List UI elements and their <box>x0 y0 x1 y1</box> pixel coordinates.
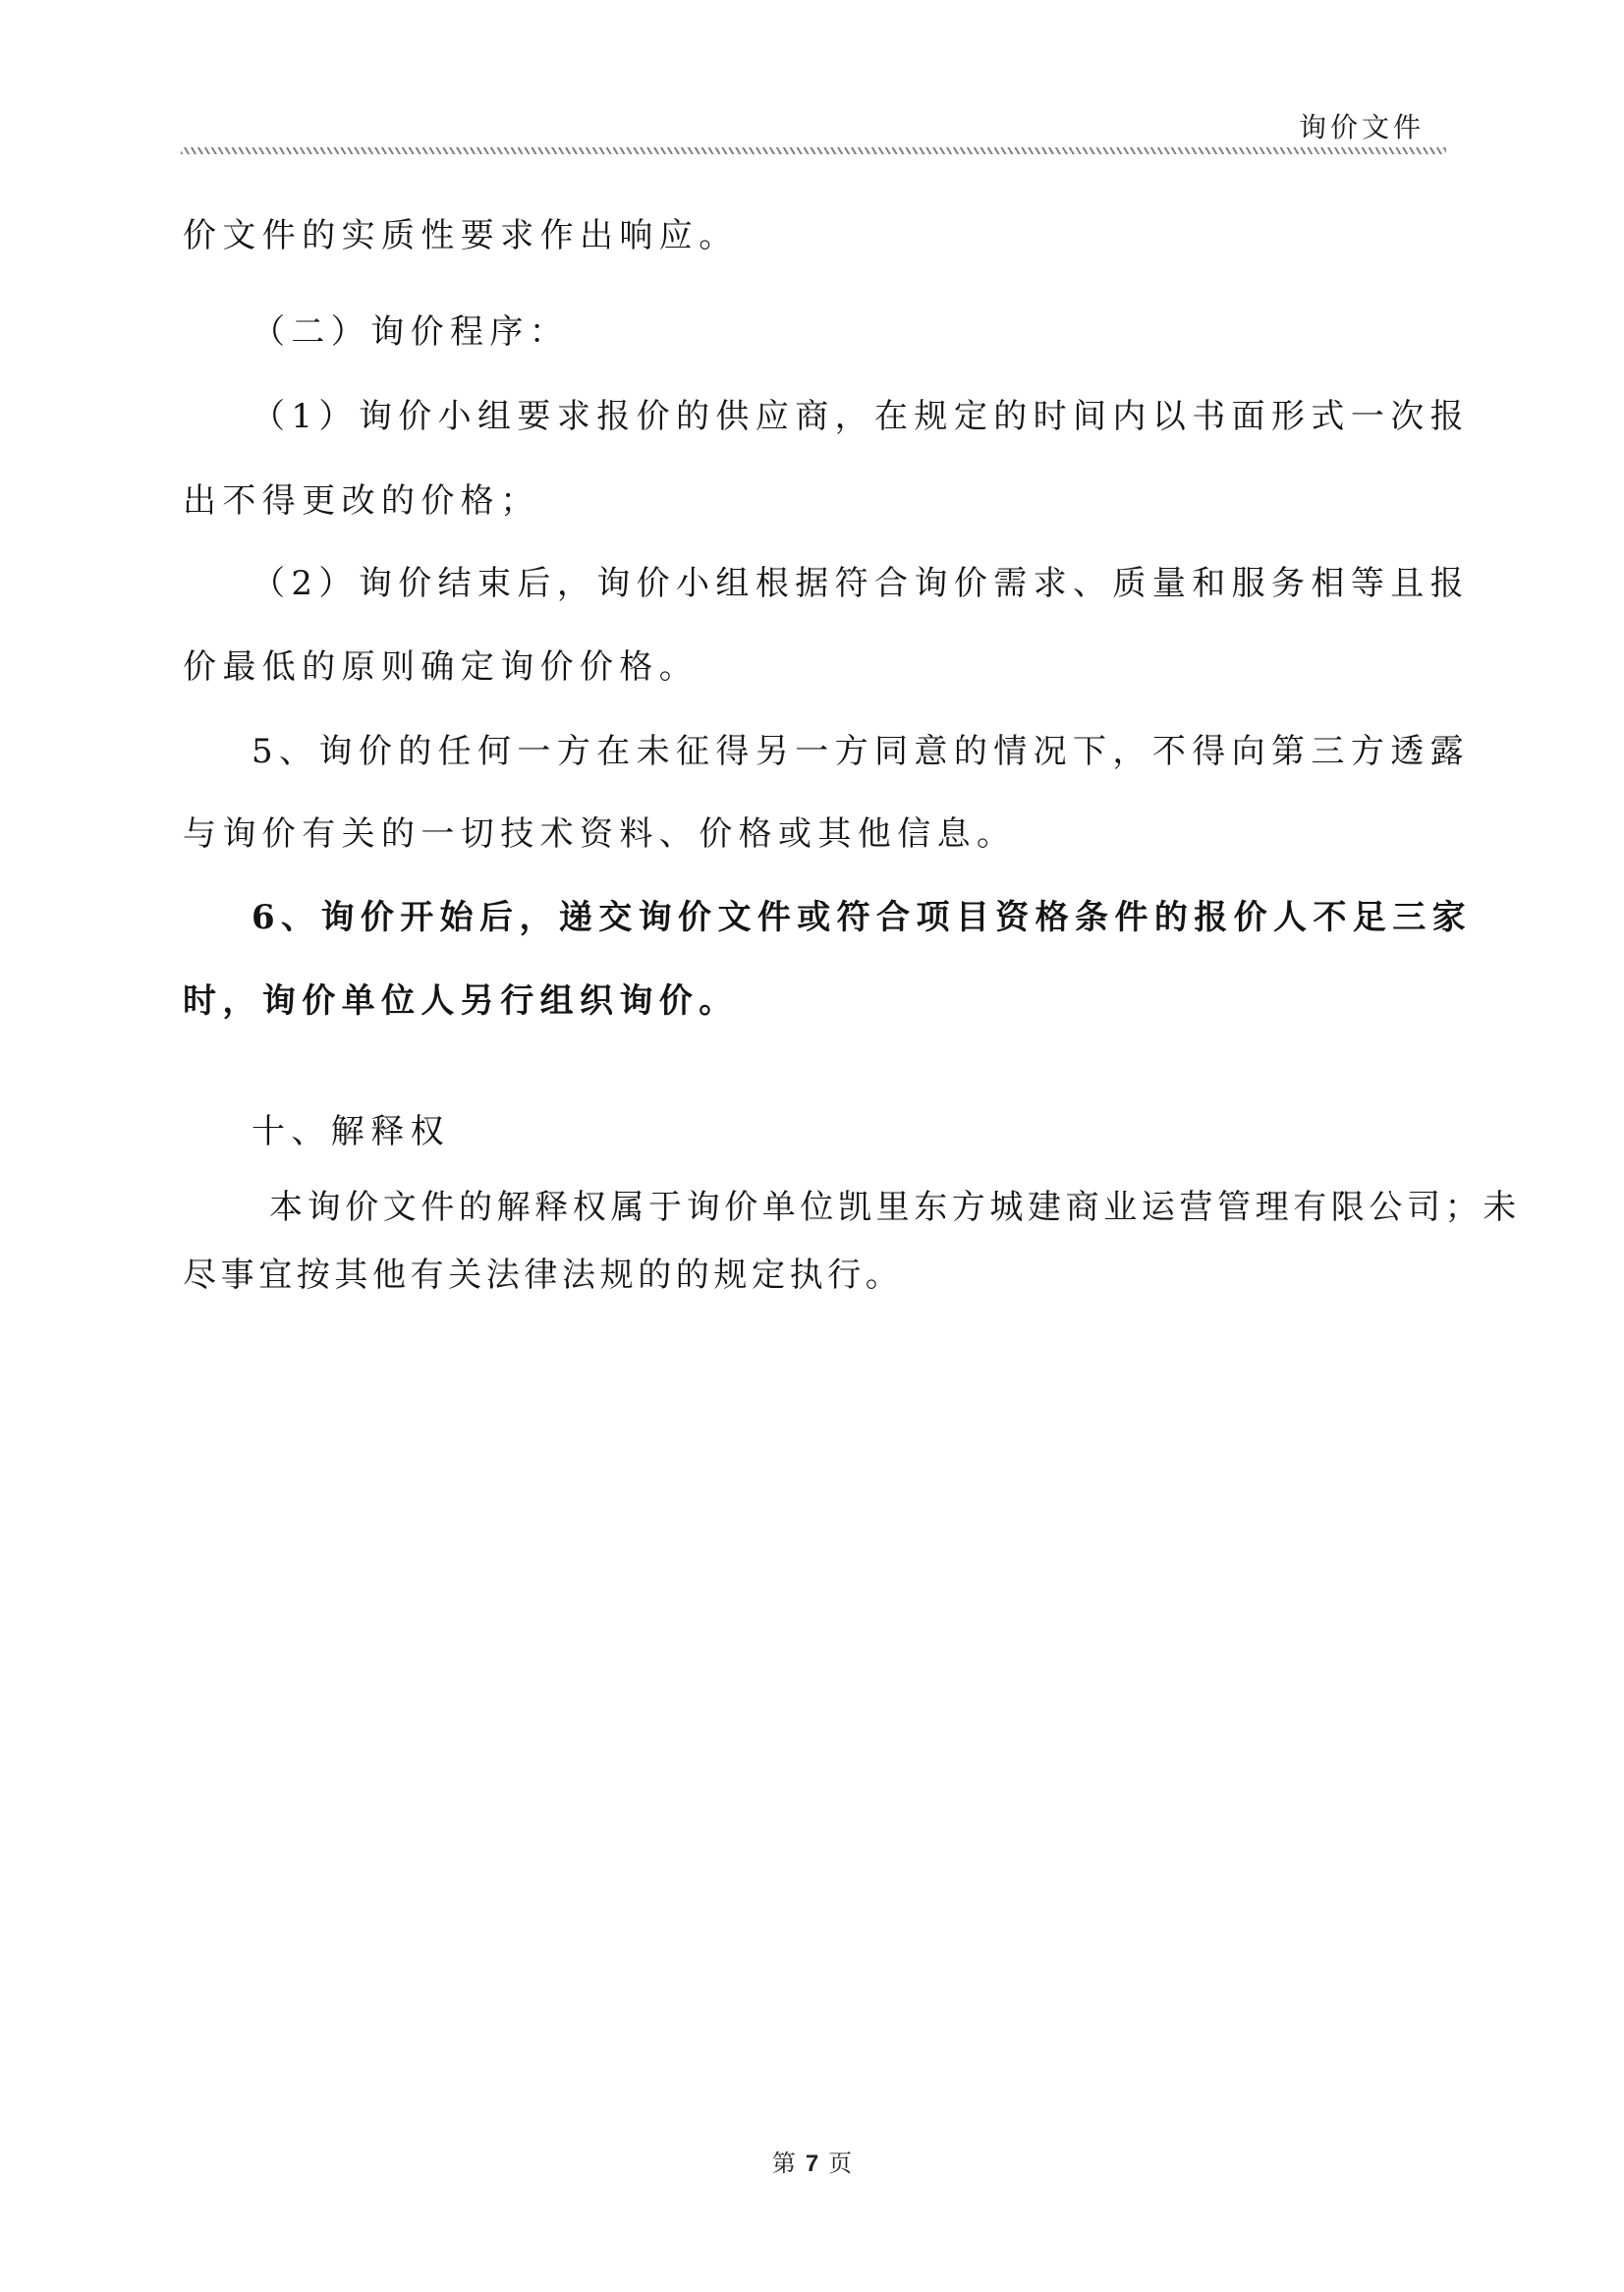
paragraph-line: （1）询价小组要求报价的供应商，在规定的时间内以书面形式一次报 <box>252 389 1470 437</box>
page-number-value: 7 <box>806 2151 818 2177</box>
header-divider <box>181 147 1446 154</box>
paragraph-line-bold: 6、询价开始后，递交询价文件或符合项目资格条件的报价人不足三家 <box>252 890 1472 938</box>
paragraph-line: 5、询价的任何一方在未征得另一方同意的情况下，不得向第三方透露 <box>252 724 1470 772</box>
header-title: 询价文件 <box>1299 106 1425 145</box>
paragraph-line: 尽事宜按其他有关法律法规的的规定执行。 <box>183 1248 903 1296</box>
page-suffix: 页 <box>828 2150 852 2177</box>
paragraph-line: 本询价文件的解释权属于询价单位凯里东方城建商业运营管理有限公司；未 <box>269 1180 1521 1228</box>
paragraph-line-bold: 时，询价单位人另行组织询价。 <box>183 974 739 1022</box>
page-number: 第7页 <box>0 2144 1624 2178</box>
paragraph-line: 价最低的原则确定询价价格。 <box>183 640 699 688</box>
section-heading: 十、解释权 <box>252 1104 450 1152</box>
paragraph-line: （2）询价结束后，询价小组根据符合询价需求、质量和服务相等且报 <box>252 556 1470 604</box>
section-heading: （二）询价程序： <box>252 305 569 353</box>
paragraph-line: 价文件的实质性要求作出响应。 <box>183 208 739 256</box>
paragraph-line: 出不得更改的价格； <box>183 474 540 522</box>
page-prefix: 第 <box>772 2150 796 2177</box>
paragraph-line: 与询价有关的一切技术资料、价格或其他信息。 <box>183 807 1016 855</box>
